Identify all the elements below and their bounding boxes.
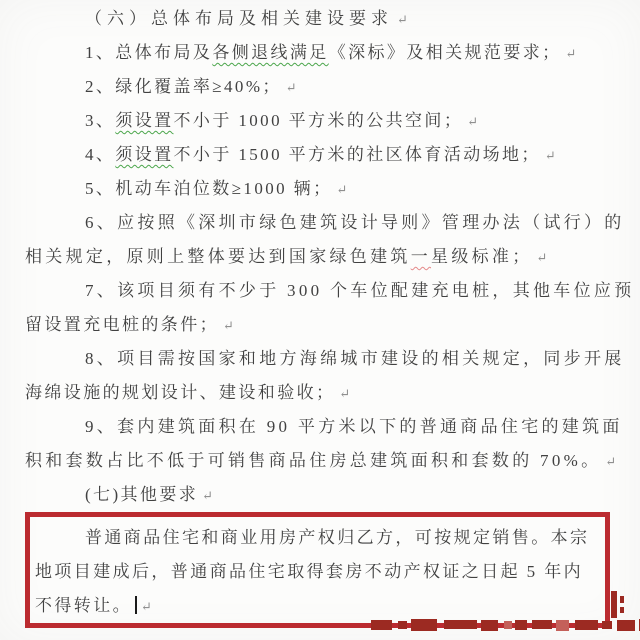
paragraph-mark-icon: ↵ <box>545 148 556 163</box>
item-9-line-1: 9、套内建筑面积在 90 平方米以下的普通商品住宅的建筑面 <box>25 410 615 444</box>
item-text: 8、项目需按国家和地方海绵城市建设的相关规定，同步开展 <box>85 349 625 368</box>
highlight-text: 地项目建成后，普通商品住宅取得套房不动产权证之日起 5 年内 <box>35 562 583 581</box>
item-5: 5、机动车泊位数≥1000 辆；↵ <box>25 172 615 206</box>
item-8-line-2: 海绵设施的规划设计、建设和验收；↵ <box>25 376 615 410</box>
heading-text: （六）总体布局及相关建设要求 <box>85 9 393 28</box>
item-text: 积和套数占比不低于可销售商品住房总建筑面积和套数的 70%。 <box>25 451 601 470</box>
paragraph-mark-icon: ↵ <box>566 46 577 61</box>
item-4: 4、须设置不小于 1500 平方米的社区体育活动场地；↵ <box>25 138 615 172</box>
item-text: 5、机动车泊位数≥1000 辆； <box>85 179 332 198</box>
item-text: 不小于 1500 平方米的社区体育活动场地； <box>174 145 541 164</box>
item-9-line-2: 积和套数占比不低于可销售商品住房总建筑面积和套数的 70%。↵ <box>25 444 615 478</box>
document-page: { "colors": { "box_border": "#bb2b30", "… <box>0 0 640 640</box>
watermark-fragment <box>602 621 612 629</box>
heading-text: (七)其他要求 <box>85 485 198 504</box>
item-text: 《深标》及相关规范要求； <box>329 43 562 62</box>
watermark-fragment <box>620 607 624 613</box>
watermark-fragment <box>515 620 527 630</box>
paragraph-mark-icon: ↵ <box>397 12 408 27</box>
watermark-fragment <box>398 621 407 629</box>
highlight-text: 普通商品住宅和商业用房产权归乙方，可按规定销售。本宗 <box>85 528 589 547</box>
heading-section-7: (七)其他要求↵ <box>25 478 615 512</box>
item-text: 7、该项目须有不少于 300 个车位配建充电桩，其他车位应预 <box>85 281 635 300</box>
item-7-line-1: 7、该项目须有不少于 300 个车位配建充电桩，其他车位应预 <box>25 274 615 308</box>
highlight-box: 普通商品住宅和商业用房产权归乙方，可按规定销售。本宗 地项目建成后，普通商品住宅… <box>25 512 610 628</box>
watermark-fragment <box>620 596 624 603</box>
spellcheck-underline-green: 各侧退线满足 <box>212 43 328 62</box>
item-text: 1、总体布局及 <box>85 43 212 62</box>
paragraph-mark-icon: ↵ <box>605 454 616 469</box>
paragraph-mark-icon: ↵ <box>202 488 213 503</box>
watermark-fragment <box>532 620 552 629</box>
spellcheck-underline-green: 须设置 <box>115 145 173 164</box>
item-text: 相关规定，原则上整体要达到国家绿色建筑 <box>25 247 411 266</box>
watermark-fragment <box>611 591 617 618</box>
paragraph-mark-icon: ↵ <box>141 599 152 614</box>
item-2: 2、绿化覆盖率≥40%；↵ <box>25 70 615 104</box>
item-text: 9、套内建筑面积在 90 平方米以下的普通商品住宅的建筑面 <box>85 417 623 436</box>
highlight-line-1: 普通商品住宅和商业用房产权归乙方，可按规定销售。本宗 <box>30 521 605 555</box>
item-7-line-2: 留设置充电桩的条件；↵ <box>25 308 615 342</box>
item-text: 2、绿化覆盖率≥40%； <box>85 77 282 96</box>
item-text: 海绵设施的规划设计、建设和验收； <box>25 383 335 402</box>
spellcheck-underline-green: 须设置 <box>115 111 173 130</box>
watermark-fragment <box>556 620 569 631</box>
watermark-fragment <box>575 620 598 630</box>
paragraph-mark-icon: ↵ <box>286 80 297 95</box>
document-body: （六）总体布局及相关建设要求↵ 1、总体布局及各侧退线满足《深标》及相关规范要求… <box>0 0 640 640</box>
item-text: 3、 <box>85 111 115 130</box>
item-text: 4、 <box>85 145 115 164</box>
paragraph-mark-icon: ↵ <box>467 114 478 129</box>
watermark-fragment <box>504 621 512 629</box>
paragraph-mark-icon: ↵ <box>336 182 347 197</box>
item-text: 星级标准； <box>431 247 533 266</box>
highlight-line-3: 不得转让。↵ <box>30 589 605 623</box>
item-text: 6、应按照《深圳市绿色建筑设计导则》管理办法（试行）的 <box>85 213 625 232</box>
paragraph-mark-icon: ↵ <box>537 250 548 265</box>
item-6-line-1: 6、应按照《深圳市绿色建筑设计导则》管理办法（试行）的 <box>25 206 615 240</box>
highlight-line-2: 地项目建成后，普通商品住宅取得套房不动产权证之日起 5 年内 <box>30 555 605 589</box>
heading-section-6: （六）总体布局及相关建设要求↵ <box>25 2 615 36</box>
item-3: 3、须设置不小于 1000 平方米的公共空间；↵ <box>25 104 615 138</box>
highlight-text: 不得转让。 <box>35 596 132 615</box>
paragraph-mark-icon: ↵ <box>223 318 234 333</box>
watermark-fragment <box>411 619 437 631</box>
item-text: 不小于 1000 平方米的公共空间； <box>174 111 464 130</box>
watermark-fragment <box>481 620 498 631</box>
item-6-line-2: 相关规定，原则上整体要达到国家绿色建筑一星级标准；↵ <box>25 240 615 274</box>
item-1: 1、总体布局及各侧退线满足《深标》及相关规范要求；↵ <box>25 36 615 70</box>
watermark-fragment <box>371 620 392 630</box>
item-8-line-1: 8、项目需按国家和地方海绵城市建设的相关规定，同步开展 <box>25 342 615 376</box>
item-text: 留设置充电桩的条件； <box>25 315 219 334</box>
watermark <box>371 619 640 632</box>
text-cursor <box>135 596 137 614</box>
spellcheck-underline-red: 一 <box>411 247 431 266</box>
text-column: （六）总体布局及相关建设要求↵ 1、总体布局及各侧退线满足《深标》及相关规范要求… <box>25 2 615 628</box>
watermark-fragment <box>617 620 635 631</box>
paragraph-mark-icon: ↵ <box>339 386 350 401</box>
watermark-fragment <box>444 620 477 629</box>
